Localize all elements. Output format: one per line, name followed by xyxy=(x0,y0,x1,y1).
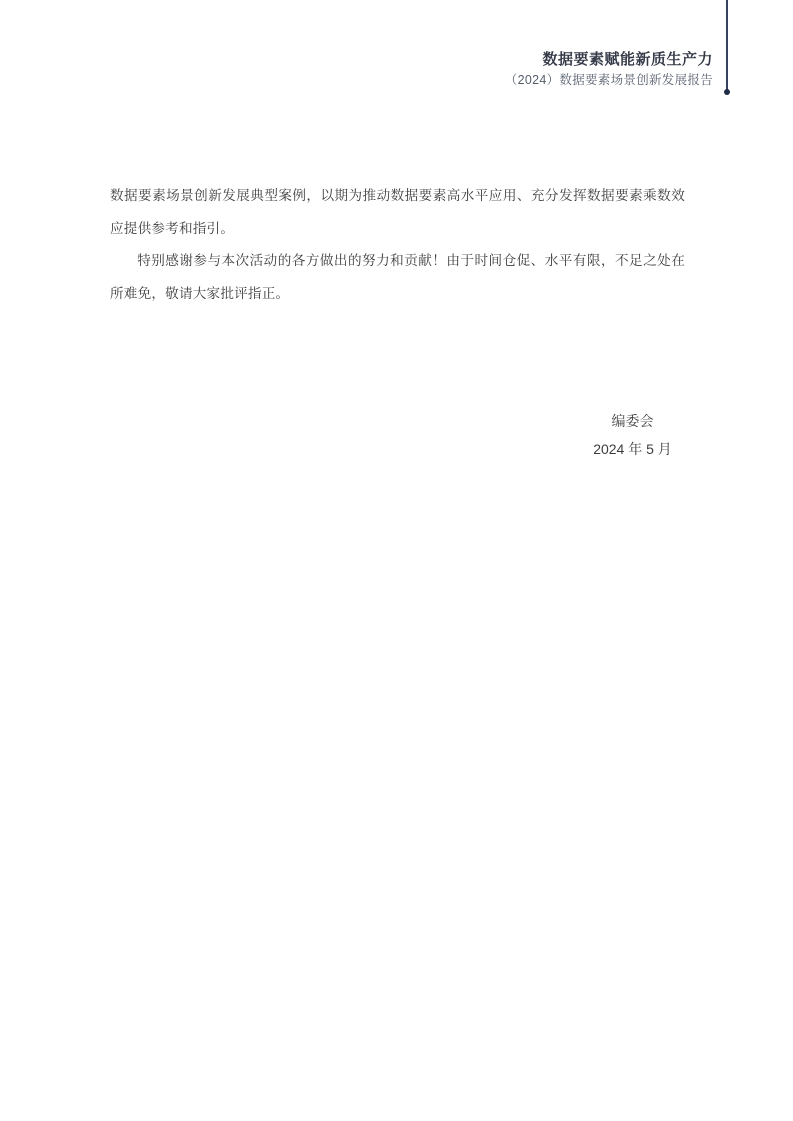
body-text: 数据要素场景创新发展典型案例，以期为推动数据要素高水平应用、充分发挥数据要素乘数… xyxy=(110,180,685,310)
vertical-accent-line xyxy=(726,0,728,92)
paragraph-acknowledgement: 特别感谢参与本次活动的各方做出的努力和贡献！由于时间仓促、水平有限，不足之处在所… xyxy=(110,245,685,310)
report-title: 数据要素赋能新质生产力 xyxy=(505,51,713,68)
paragraph-continuation: 数据要素场景创新发展典型案例，以期为推动数据要素高水平应用、充分发挥数据要素乘数… xyxy=(110,180,685,245)
page-header: 数据要素赋能新质生产力 （2024）数据要素场景创新发展报告 xyxy=(505,51,713,88)
report-subtitle: （2024）数据要素场景创新发展报告 xyxy=(505,72,713,88)
accent-line-end-dot-icon xyxy=(724,89,730,95)
signature-author: 编委会 xyxy=(520,407,745,435)
signature-block: 编委会 2024 年 5 月 xyxy=(520,407,745,463)
signature-date: 2024 年 5 月 xyxy=(520,435,745,463)
document-page: 数据要素赋能新质生产力 （2024）数据要素场景创新发展报告 数据要素场景创新发… xyxy=(0,0,793,1121)
